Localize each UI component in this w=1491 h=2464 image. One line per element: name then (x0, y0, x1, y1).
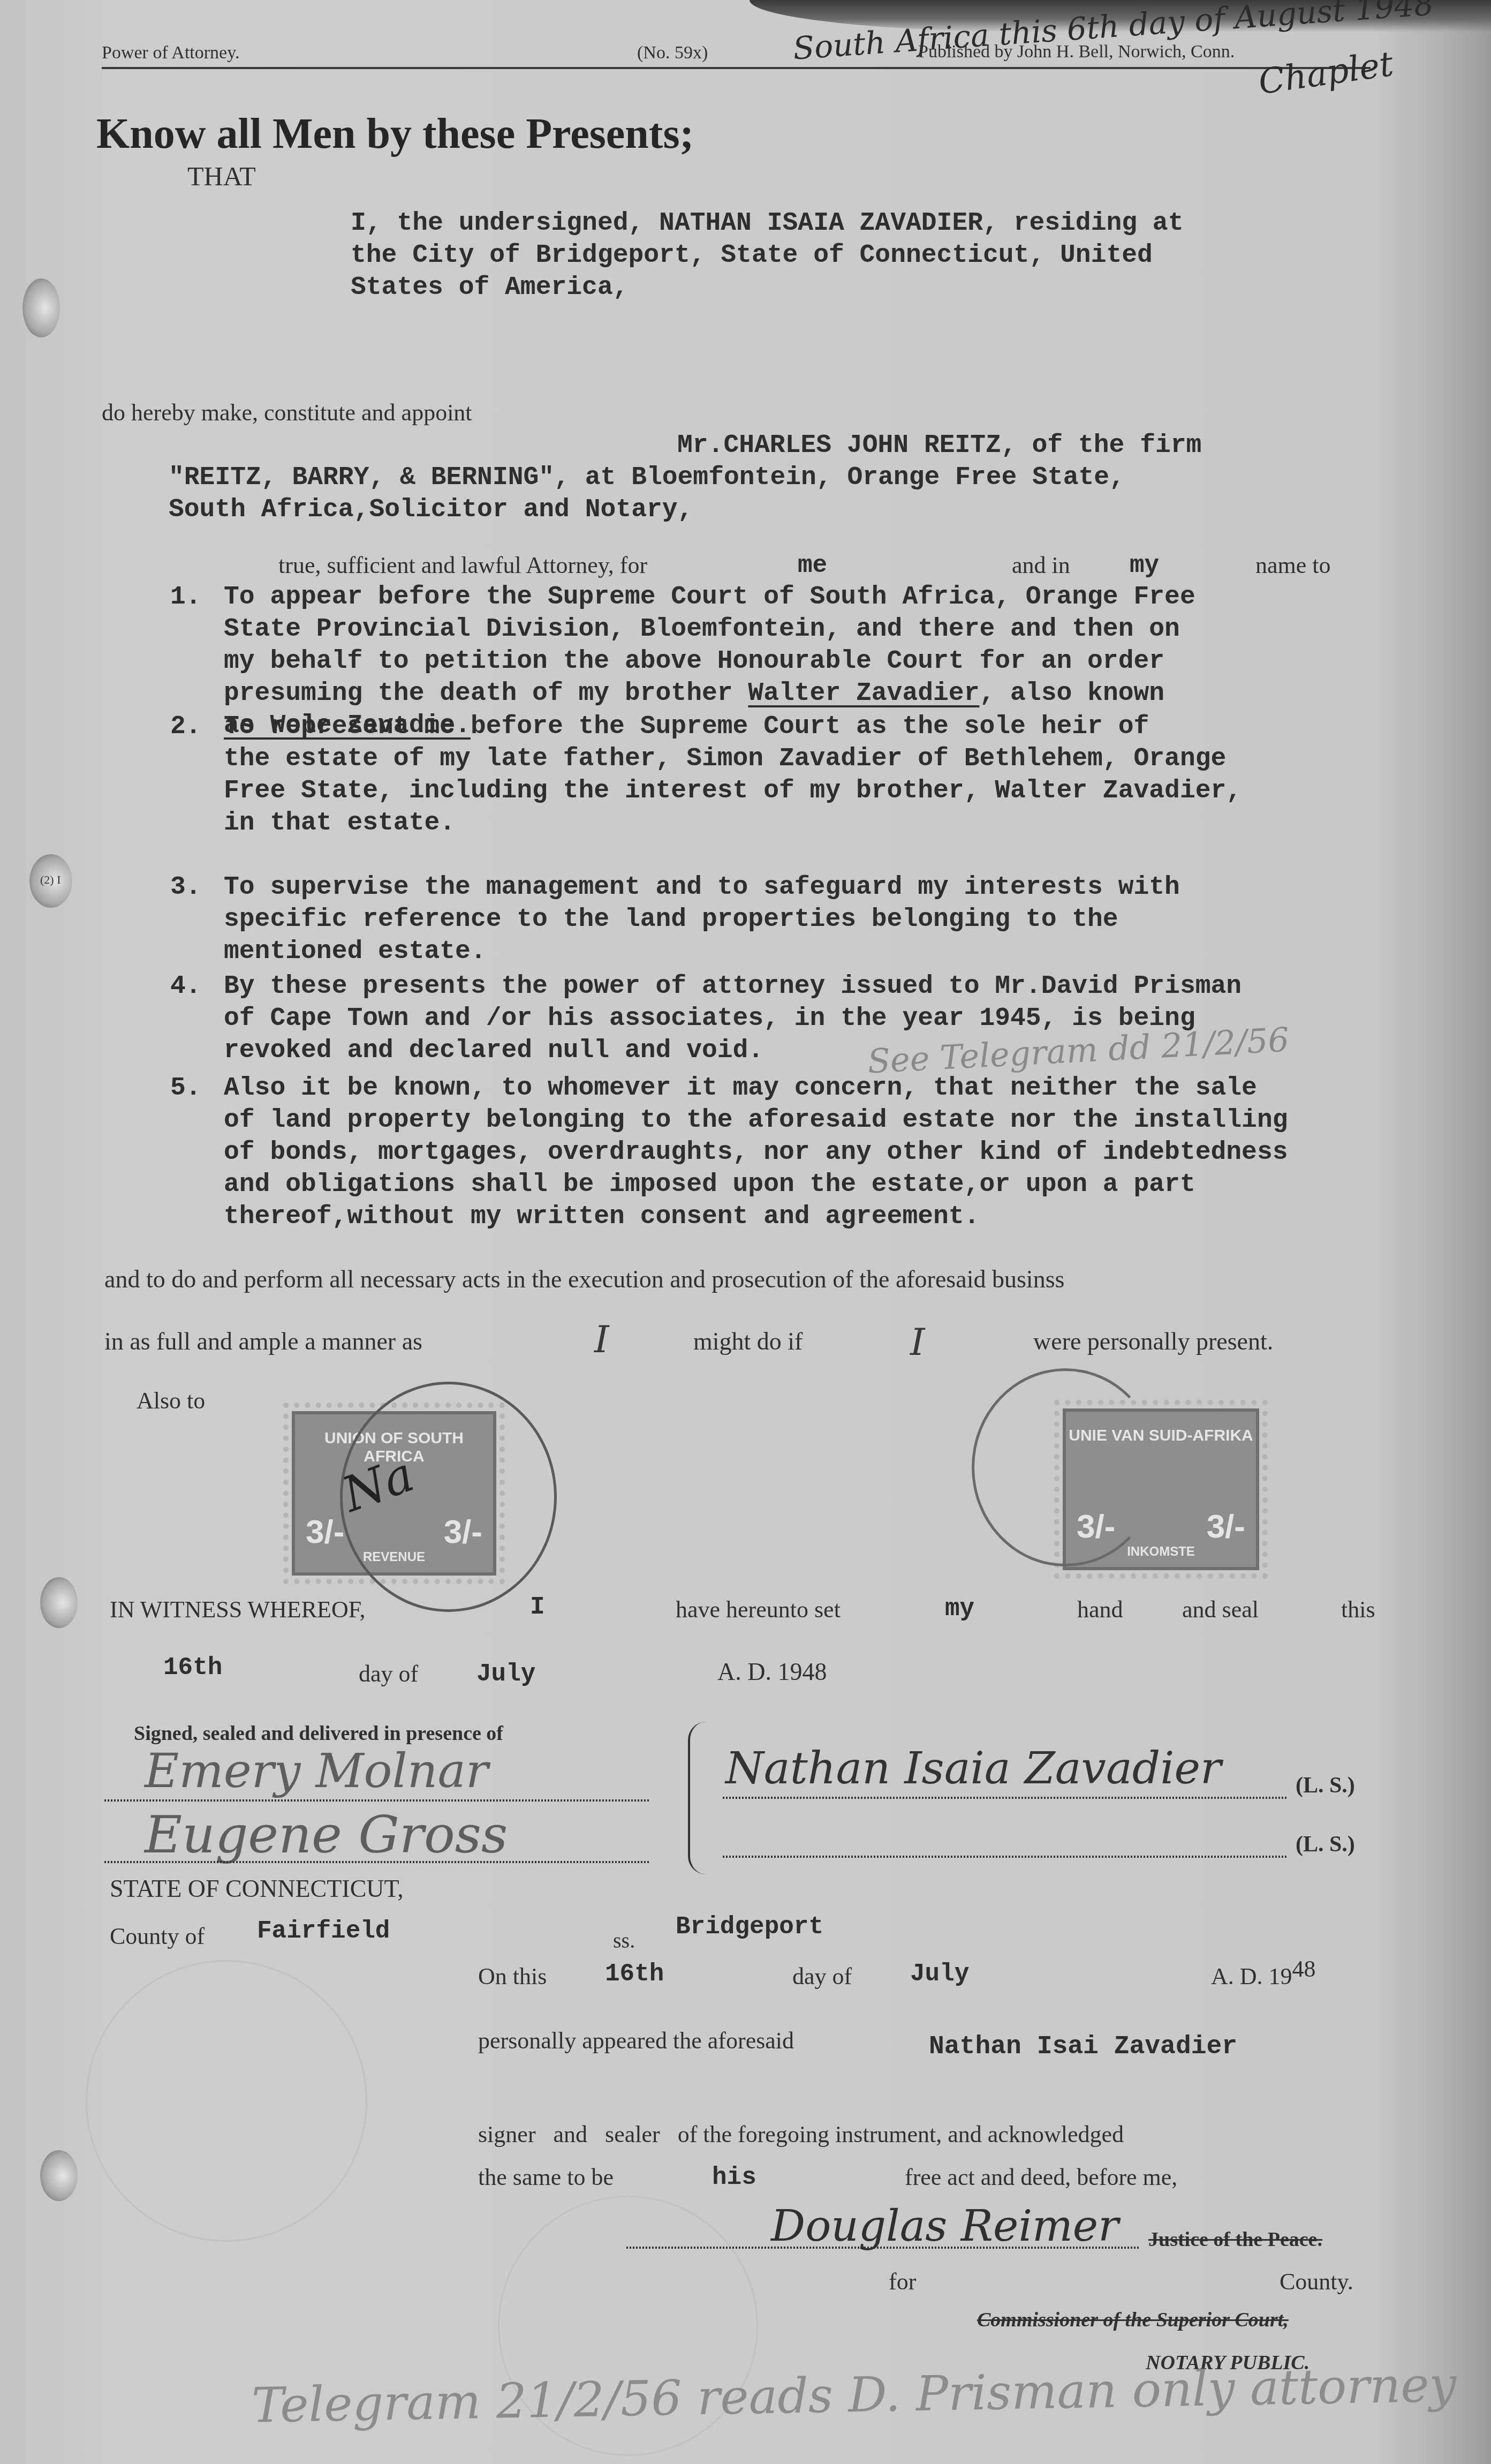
signature-brace (688, 1722, 706, 1874)
attorney-line-1: Mr.CHARLES JOHN REITZ, of the firm (677, 431, 1201, 460)
execution-line-1: and to do and perform all necessary acts… (104, 1265, 1064, 1293)
stamp-value-right: 3/- (1207, 1508, 1245, 1546)
attorney-line-2: "REITZ, BARRY, & BERNING", at Bloemfonte… (169, 463, 1125, 492)
appoint-preamble: do hereby make, constitute and appoint (102, 399, 472, 426)
witness-day-of: day of (359, 1660, 418, 1687)
execution-mark-1: I (594, 1317, 609, 1361)
ack-month: July (910, 1960, 969, 1988)
witness-this: this (1341, 1596, 1375, 1623)
form-number: (No. 59x) (637, 43, 708, 63)
lawful-attorney-line: true, sufficient and lawful Attorney, fo… (278, 552, 647, 579)
clause-line: To appear before the Supreme Court of So… (224, 583, 1195, 612)
on-this-label: On this (478, 1963, 547, 1990)
witness-signature-1: Emery Molnar (145, 1743, 488, 1798)
ack-day: 16th (605, 1960, 664, 1988)
execution-line-2c: were personally present. (1033, 1327, 1273, 1355)
ss-label: ss. (613, 1928, 635, 1953)
clause-number: 3. (170, 873, 201, 902)
witness-mid: have hereunto set (676, 1596, 841, 1623)
lawful-mid: and in (1012, 552, 1070, 579)
commissioner-label: Commissioner of the Superior Court, (977, 2308, 1289, 2332)
clause-line: To supervise the management and to safeg… (224, 873, 1180, 902)
clause-line: of bonds, mortgages, overdraughts, nor a… (224, 1138, 1288, 1167)
ack-day-of: day of (792, 1963, 852, 1990)
ack-year: A. D. 1948 (1211, 1963, 1316, 1990)
clause-number: 2. (170, 712, 201, 741)
county-label: County of (110, 1923, 205, 1950)
clause-number: 4. (170, 972, 201, 1001)
witness-seal: and seal (1182, 1596, 1259, 1623)
page-title: Know all Men by these Presents; (96, 110, 694, 159)
clause-line: To represent me before the Supreme Court… (224, 712, 1149, 741)
grantor-line-1: I, the undersigned, NATHAN ISAIA ZAVADIE… (351, 209, 1183, 238)
clause-line: the estate of my late father, Simon Zava… (224, 744, 1226, 773)
form-title: Power of Attorney. (102, 43, 239, 63)
clause-line: of land property belonging to the afores… (224, 1106, 1288, 1135)
witness-hand: hand (1077, 1596, 1123, 1623)
clause-line: mentioned estate. (224, 937, 486, 966)
clause-line: revoked and declared null and void. (224, 1036, 763, 1065)
clause-line: thereof,without my written consent and a… (224, 1202, 979, 1231)
free-act: free act and deed, before me, (905, 2164, 1177, 2191)
header-rule (102, 67, 1371, 69)
also-to: Also to (137, 1387, 205, 1414)
witness-year: A. D. 1948 (717, 1657, 827, 1686)
signed-caption: Signed, sealed and delivered in presence… (134, 1722, 503, 1745)
clause-line: my behalf to petition the above Honourab… (224, 647, 1164, 676)
signer-sealer-line: signer and sealer of the foregoing instr… (478, 2121, 1124, 2148)
witness-signature-2: Eugene Gross (145, 1805, 508, 1865)
clause-line: presuming the death of my brother Walter… (224, 679, 1164, 708)
execution-line-2b: might do if (693, 1327, 803, 1355)
lawful-suffix: name to (1255, 552, 1331, 579)
notary-signature: Douglas Reimer (771, 2201, 1118, 2251)
witness-day: 16th (163, 1654, 222, 1682)
ls-2: (L. S.) (1296, 1832, 1355, 1857)
clause-line: specific reference to the land propertie… (224, 905, 1118, 934)
ls-1: (L. S.) (1296, 1773, 1355, 1798)
witness-pronoun: I (530, 1593, 545, 1621)
appeared-label: personally appeared the aforesaid (478, 2027, 794, 2054)
attorney-line-3: South Africa,Solicitor and Notary, (169, 495, 693, 524)
grantor-line-2: the City of Bridgeport, State of Connect… (351, 241, 1153, 270)
clause-line: of Cape Town and /or his associates, in … (224, 1004, 1195, 1033)
principal-sign-line (723, 1797, 1288, 1799)
justice-of-peace: Justice of the Peace. (1148, 2228, 1322, 2251)
same-his: his (712, 2164, 756, 2191)
clause-line: Free State, including the interest of my… (224, 777, 1242, 805)
postmark-cancel-2 (972, 1368, 1159, 1566)
clause-number: 5. (170, 1074, 201, 1103)
county-word: County. (1280, 2268, 1353, 2295)
witness-sign-line-2 (104, 1861, 650, 1863)
punch-hole (40, 1577, 78, 1628)
town-value: Bridgeport (676, 1913, 823, 1941)
embossed-seal (86, 1960, 367, 2242)
clause-line: State Provincial Division, Bloemfontein,… (224, 615, 1180, 644)
clause-line: in that estate. (224, 809, 455, 838)
ack-year-suffix: 48 (1292, 1956, 1316, 1982)
same-to-be: the same to be (478, 2164, 614, 2191)
execution-mark-2: I (910, 1320, 925, 1364)
that-label: THAT (187, 161, 256, 192)
clause-line: By these presents the power of attorney … (224, 972, 1242, 1001)
margin-hole-text: (2) I (40, 873, 60, 887)
lawful-for: me (798, 552, 827, 579)
witness-month: July (476, 1660, 535, 1688)
witness-sign-line-1 (104, 1799, 650, 1802)
punch-hole (22, 278, 60, 337)
witness-prefix: IN WITNESS WHEREOF, (110, 1596, 366, 1623)
punch-hole (40, 2150, 78, 2201)
lawful-my: my (1130, 552, 1159, 579)
notary-sign-line (626, 2247, 1140, 2249)
grantor-line-3: States of America, (351, 273, 628, 302)
second-sign-line (723, 1856, 1288, 1858)
clause-line: Also it be known, to whomever it may con… (224, 1074, 1257, 1103)
clause-line: and obligations shall be imposed upon th… (224, 1170, 1195, 1199)
appeared-name: Nathan Isai Zavadier (929, 2032, 1237, 2061)
stamp-value-left: 3/- (306, 1513, 344, 1551)
county-value: Fairfield (257, 1917, 390, 1945)
for-label: for (889, 2268, 916, 2295)
witness-possessive: my (945, 1595, 974, 1623)
clause-number: 1. (170, 583, 201, 612)
state-label: STATE OF CONNECTICUT, (110, 1874, 404, 1903)
execution-line-2a: in as full and ample a manner as (104, 1327, 422, 1355)
principal-signature: Nathan Isaia Zavadier (725, 1743, 1221, 1794)
